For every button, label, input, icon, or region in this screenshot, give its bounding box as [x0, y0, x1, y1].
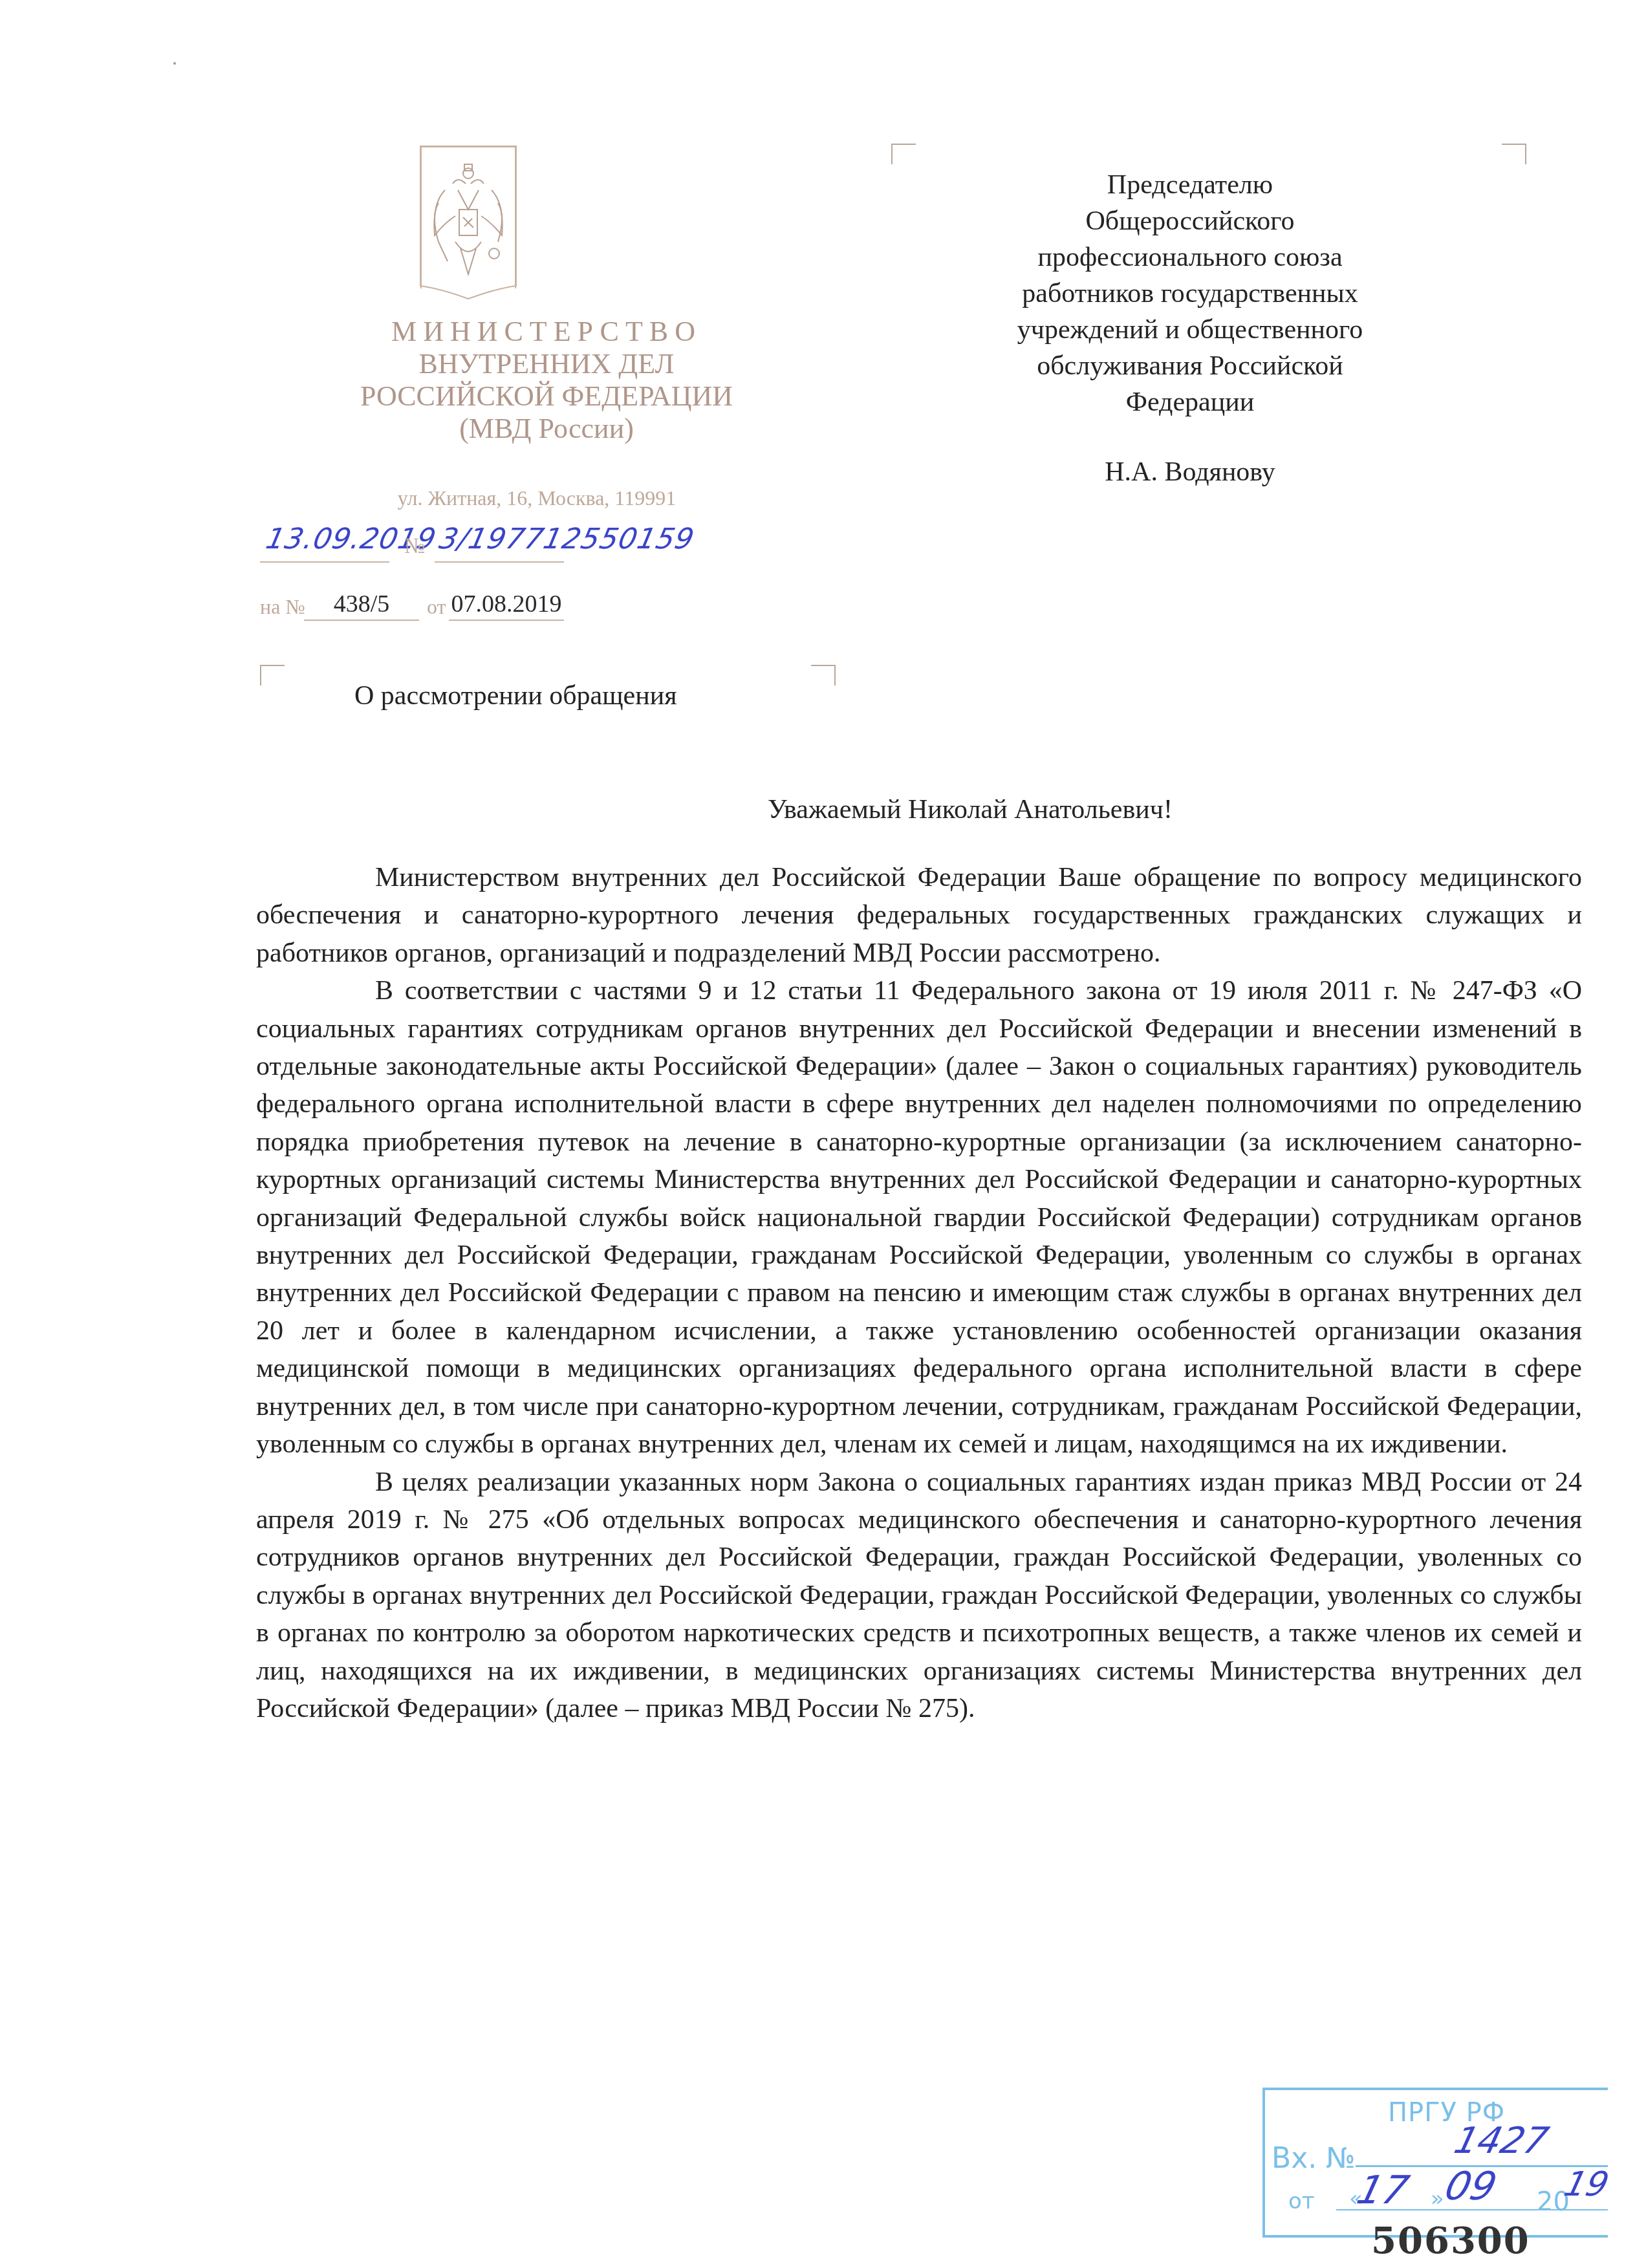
stamp-from-label: от [1288, 2188, 1315, 2214]
body-paragraph: В целях реализации указанных норм Закона… [256, 1463, 1582, 1728]
date-underline [260, 561, 389, 563]
body-paragraph: В соответствии с частями 9 и 12 статьи 1… [256, 972, 1582, 1463]
reply-to-number: 438/5 [304, 590, 419, 618]
barcode-number: 506300 [1371, 2219, 1530, 2262]
body-paragraph: Министерством внутренних дел Российской … [256, 859, 1582, 972]
number-underline [435, 561, 564, 563]
ministry-line-3: РОССИЙСКОЙ ФЕДЕРАЦИИ [330, 380, 763, 413]
letter-body: Министерством внутренних дел Российской … [256, 859, 1582, 1727]
recipient-line: работников государственных [957, 275, 1423, 312]
subject-corner-left [260, 665, 285, 686]
ministry-short: (МВД России) [330, 413, 763, 445]
reply-from-label: от [427, 595, 446, 619]
recipient-line: профессионального союза [957, 239, 1423, 275]
outgoing-number: 3/197712550159 [437, 523, 698, 556]
russian-coat-of-arms-icon [419, 145, 517, 300]
ministry-line-2: ВНУТРЕННИХ ДЕЛ [330, 348, 763, 380]
reply-from-date: 07.08.2019 [449, 590, 564, 618]
number-label: № [404, 534, 425, 559]
recipient-line: Федерации [957, 384, 1423, 420]
recipient-corner-left [891, 144, 916, 164]
recipient-line: Общероссийского [957, 203, 1423, 239]
recipient-block: Председателю Общероссийского профессиона… [957, 167, 1423, 490]
recipient-line: обслуживания Российской [957, 348, 1423, 384]
recipient-line: Председателю [957, 167, 1423, 203]
incoming-stamp: ПРГУ РФ Вх. № от « » 20 [1262, 2088, 1608, 2238]
scan-speck [173, 62, 176, 65]
subject-corner-right [811, 665, 836, 686]
reply-number-underline [304, 620, 419, 621]
stamp-incoming-number: 1427 [1450, 2120, 1553, 2162]
recipient-name: Н.А. Водянову [957, 454, 1423, 490]
ministry-address: ул. Житная, 16, Москва, 119991 [336, 486, 737, 510]
ministry-line-1: МИНИСТЕРСТВО [330, 316, 763, 348]
recipient-corner-right [1502, 144, 1526, 164]
reply-date-underline [449, 620, 564, 621]
recipient-line: учреждений и общественного [957, 312, 1423, 348]
salutation: Уважаемый Николай Анатольевич! [362, 794, 1578, 825]
stamp-incoming-label: Вх. № [1272, 2142, 1356, 2175]
reply-to-label: на № [260, 595, 305, 619]
letter-subject: О рассмотрении обращения [354, 680, 677, 711]
ministry-name: МИНИСТЕРСТВО ВНУТРЕННИХ ДЕЛ РОССИЙСКОЙ Ф… [330, 316, 763, 445]
